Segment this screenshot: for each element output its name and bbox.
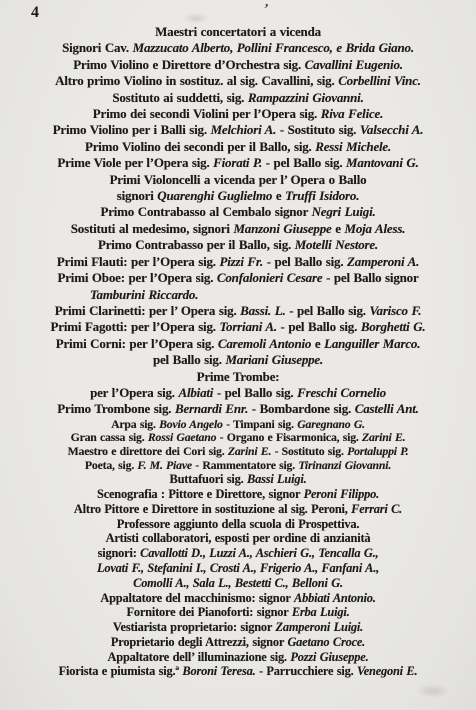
person-name: Tamburini Riccardo. xyxy=(90,287,198,302)
person-name: Melchiori A. xyxy=(211,122,277,137)
label-text: Scenografia : Pittore e Direttore, signo… xyxy=(97,487,304,501)
person-name: Valsecchi A. xyxy=(360,122,423,137)
line-appaltatore-illuminazione: Appaltatore dell’ illuminazione sig. Poz… xyxy=(18,650,458,665)
line-primo-violino-direttore: Primo Violino e Direttore d’Orchestra si… xyxy=(18,57,458,73)
person-name: Mantovani G. xyxy=(346,155,419,170)
person-name: Confalonieri Cesare xyxy=(217,270,323,285)
person-name: F. M. Piave xyxy=(137,458,192,472)
line-primo-contrabasso-cembalo: Primo Contrabasso al Cembalo signor Negr… xyxy=(18,204,458,220)
line-poeta-rammentatore: Poeta, sig. F. M. Piave - Rammentatore s… xyxy=(18,459,458,473)
person-name: Quarenghi Guglielmo xyxy=(157,188,272,203)
line-prime-viole: Prime Viole per l’Opera sig. Fiorati P. … xyxy=(18,155,458,171)
person-name: Bassi. L. xyxy=(240,303,285,318)
paper-smudge-top xyxy=(182,13,210,24)
person-name: Lovati F., Stefanini I., Crosti A., Frig… xyxy=(97,561,379,575)
line-primi-oboe: Primi Oboe: per l’Opera sig. Confalonier… xyxy=(18,270,458,286)
person-name: Rossi Gaetano xyxy=(148,430,216,444)
line-altro-pittore: Altro Pittore e Direttore in sostituzion… xyxy=(18,502,458,517)
label-text: Arpa sig. xyxy=(111,417,159,431)
line-appaltatore-macchinismo: Appaltatore del macchinismo: signor Abbi… xyxy=(18,591,458,606)
person-name: Zarini E. xyxy=(362,430,405,444)
label-text: Sostituti al medesimo, signori xyxy=(71,221,234,236)
label-text: - pel Ballo sig. xyxy=(263,254,347,269)
label-text: - pel Ballo signor xyxy=(322,270,418,285)
label-text: signori xyxy=(117,188,158,203)
label-text: - pel Ballo sig. xyxy=(262,155,346,170)
label-text: - pel Ballo sig. xyxy=(277,319,361,334)
person-name: Mazzucato Alberto, Pollini Francesco, e … xyxy=(133,40,414,55)
line-fiorista-parrucchiere: Fiorista e piumista sig.ª Boroni Teresa.… xyxy=(18,664,458,679)
person-name: Zamperoni Luigi. xyxy=(275,620,363,634)
person-name: Tirinanzi Giovanni. xyxy=(298,458,391,472)
person-name: Truffi Isidoro. xyxy=(285,188,359,203)
line-proprietario-attrezzi: Proprietario degli Attrezzi, signor Gaet… xyxy=(18,635,458,650)
person-name: Peroni Filippo. xyxy=(304,487,379,501)
person-name: Bovio Angelo xyxy=(159,417,223,431)
line-fornitore-pianoforti: Fornitore dei Pianoforti: signor Erba Lu… xyxy=(18,605,458,620)
label-text: Altro Pittore e Direttore in sostituzion… xyxy=(74,502,351,516)
person-name: Zamperoni A. xyxy=(347,254,419,269)
label-text: Primi Corni: per l’Opera sig. xyxy=(56,336,218,351)
label-text: - Timpani sig. xyxy=(223,417,298,431)
label-text: - Sostituto sig. xyxy=(271,444,347,458)
person-name: Corbellini Vinc. xyxy=(338,73,421,88)
line-collaboratori-2: Lovati F., Stefanini I., Crosti A., Frig… xyxy=(18,561,458,576)
line-primi-violoncelli: Primi Violoncelli a vicenda per l’ Opera… xyxy=(18,172,458,188)
line-primi-flauti: Primi Flauti: per l’Opera sig. Pizzi Fr.… xyxy=(18,254,458,270)
person-name: Moja Aless. xyxy=(344,221,405,236)
line-corni-ballo: pel Ballo sig. Mariani Giuseppe. xyxy=(18,352,458,368)
line-maestro-cori: Maestro e direttore dei Cori sig. Zarini… xyxy=(18,445,458,459)
label-text: Gran cassa sig. xyxy=(71,430,148,444)
label-text: Appaltatore dell’ illuminazione sig. xyxy=(108,650,291,664)
label-text: - Parrucchiere sig. xyxy=(255,664,357,678)
label-text: per l’Opera sig. xyxy=(90,385,178,400)
person-name: Albiati xyxy=(179,385,214,400)
person-name: Caremoli Antonio xyxy=(218,336,311,351)
line-primo-trombone: Primo Trombone sig. Bernardi Enr. - Bomb… xyxy=(18,401,458,417)
label-text: Prime Viole per l’Opera sig. xyxy=(57,155,213,170)
label-text: Fornitore dei Pianoforti: signor xyxy=(127,605,292,619)
line-artisti-collaboratori: Artisti collaboratori, esposti per ordin… xyxy=(18,531,458,546)
label-text: Fiorista e piumista sig.ª xyxy=(59,664,183,678)
label-text: Signori Cav. xyxy=(62,40,132,55)
label-text: Altro primo Violino in sostituz. al sig.… xyxy=(55,73,338,88)
label-text: Prime Trombe: xyxy=(197,369,280,384)
line-sostituto-suddetti: Sostituto ai suddetti, sig. Rampazzini G… xyxy=(18,90,458,106)
label-text: Primo Trombone sig. xyxy=(57,401,175,416)
person-name: Erba Luigi. xyxy=(292,605,350,619)
label-text: Primi Oboe: per l’Opera sig. xyxy=(57,270,216,285)
person-name: Zarini E. xyxy=(228,444,271,458)
label-text: e xyxy=(272,188,285,203)
label-text: Sostituto ai suddetti, sig. xyxy=(112,90,248,105)
line-altro-primo-violino: Altro primo Violino in sostituz. al sig.… xyxy=(18,73,458,89)
line-professore-prospettiva: Professore aggiunto della scuola di Pros… xyxy=(18,517,458,532)
label-text: Vestiarista proprietario: signor xyxy=(113,620,276,634)
person-name: Ressi Michele. xyxy=(315,139,391,154)
line-vestiarista: Vestiarista proprietario: signor Zampero… xyxy=(18,620,458,635)
line-tamburini: Tamburini Riccardo. xyxy=(18,287,458,303)
line-primi-clarinetti: Primi Clarinetti: per l’ Opera sig. Bass… xyxy=(18,303,458,319)
heading-prime-trombe: Prime Trombe: xyxy=(18,369,458,385)
label-text: - pel Ballo sig. xyxy=(213,385,297,400)
label-text: Primi Clarinetti: per l’ Opera sig. xyxy=(55,303,240,318)
person-name: Bassi Luigi. xyxy=(247,472,306,486)
person-name: Varisco F. xyxy=(369,303,421,318)
line-collaboratori-1: signori: Cavallotti D., Luzzi A., Aschie… xyxy=(18,546,458,561)
person-name: Garegnano G. xyxy=(297,417,365,431)
label-text: Professore aggiunto della scuola di Pros… xyxy=(117,517,360,531)
line-maestri-names: Signori Cav. Mazzucato Alberto, Pollini … xyxy=(18,40,458,56)
paper-smudge-bottom xyxy=(416,684,450,698)
label-text: Primi Violoncelli a vicenda per l’ Opera… xyxy=(110,172,367,187)
label-text: - Organo e Fisarmonica, sig. xyxy=(216,430,362,444)
label-text: Proprietario degli Attrezzi, signor xyxy=(111,635,288,649)
label-text: Poeta, sig. xyxy=(85,458,138,472)
label-text: Primi Fagotti: per l’Opera sig. xyxy=(51,319,220,334)
label-text: Maestri concertatori a vicenda xyxy=(155,24,321,39)
person-name: Abbiati Antonio. xyxy=(294,591,376,605)
heading-maestri-concertatori: Maestri concertatori a vicenda xyxy=(18,24,458,40)
person-name: Ferrari C. xyxy=(351,502,402,516)
person-name: Languiller Marco. xyxy=(324,336,420,351)
person-name: Castelli Ant. xyxy=(355,401,419,416)
line-arpa-timpani: Arpa sig. Bovio Angelo - Timpani sig. Ga… xyxy=(18,418,458,432)
line-sostituti-medesimo: Sostituti al medesimo, signori Manzoni G… xyxy=(18,221,458,237)
label-text: Primo Violino e Direttore d’Orchestra si… xyxy=(73,57,304,72)
person-name: Bernardi Enr. xyxy=(175,401,248,416)
label-text: Maestro e direttore dei Cori sig. xyxy=(68,444,228,458)
person-name: Pozzi Giuseppe. xyxy=(290,650,368,664)
person-name: Mariani Giuseppe. xyxy=(225,352,323,367)
text-block: Maestri concertatori a vicendaSignori Ca… xyxy=(18,24,458,679)
person-name: Fiorati P. xyxy=(213,155,262,170)
label-text: - Bombardone sig. xyxy=(248,401,355,416)
line-primo-secondi-violini-opera: Primo dei secondi Violini per l’Opera si… xyxy=(18,106,458,122)
person-name: Boroni Teresa. xyxy=(182,664,255,678)
label-text: e xyxy=(332,221,345,236)
person-name: Comolli A., Sala L., Bestetti C., Bellon… xyxy=(133,576,343,590)
scanned-page: 4 ’ Maestri concertatori a vicendaSignor… xyxy=(0,0,476,710)
label-text: - Rammentatore sig. xyxy=(192,458,298,472)
person-name: Pizzi Fr. xyxy=(220,254,264,269)
line-primo-contrabasso-ballo: Primo Contrabasso per il Ballo, sig. Mot… xyxy=(18,237,458,253)
person-name: Portaluppi P. xyxy=(347,444,408,458)
line-buttafuori: Buttafuori sig. Bassi Luigi. xyxy=(18,472,458,487)
line-violoncelli-names: signori Quarenghi Guglielmo e Truffi Isi… xyxy=(18,188,458,204)
person-name: Cavallotti D., Luzzi A., Aschieri G., Te… xyxy=(140,546,378,560)
label-text: e xyxy=(311,336,324,351)
person-name: Negri Luigi. xyxy=(312,204,376,219)
line-primi-fagotti: Primi Fagotti: per l’Opera sig. Torriani… xyxy=(18,319,458,335)
label-text: pel Ballo sig. xyxy=(153,352,225,367)
person-name: Torriani A. xyxy=(219,319,276,334)
label-text: Appaltatore del macchinismo: signor xyxy=(100,591,294,605)
label-text: Primo dei secondi Violini per l’Opera si… xyxy=(93,106,321,121)
person-name: Riva Felice. xyxy=(321,106,383,121)
line-primi-corni: Primi Corni: per l’Opera sig. Caremoli A… xyxy=(18,336,458,352)
person-name: Borghetti G. xyxy=(361,319,426,334)
line-scenografia: Scenografia : Pittore e Direttore, signo… xyxy=(18,487,458,502)
label-text: - pel Ballo sig. xyxy=(286,303,370,318)
line-primo-violino-secondi-ballo: Primo Violino dei secondi per il Ballo, … xyxy=(18,139,458,155)
person-name: Manzoni Giuseppe xyxy=(233,221,331,236)
person-name: Motelli Nestore. xyxy=(295,237,378,252)
person-name: Gaetano Croce. xyxy=(287,635,365,649)
line-gran-cassa-organo: Gran cassa sig. Rossi Gaetano - Organo e… xyxy=(18,431,458,445)
label-text: Buttafuori sig. xyxy=(170,472,248,486)
label-text: Artisti collaboratori, esposti per ordin… xyxy=(106,531,371,545)
page-number: 4 xyxy=(31,4,40,22)
person-name: Cavallini Eugenio. xyxy=(305,57,403,72)
line-collaboratori-3: Comolli A., Sala L., Bestetti C., Bellon… xyxy=(18,576,458,591)
label-text: Primo Contrabasso al Cembalo signor xyxy=(100,204,311,219)
ink-speck: ’ xyxy=(261,2,269,19)
person-name: Venegoni E. xyxy=(357,664,417,678)
line-trombe-opera-ballo: per l’Opera sig. Albiati - pel Ballo sig… xyxy=(18,385,458,401)
label-text: Primo Violino dei secondi per il Ballo, … xyxy=(85,139,315,154)
label-text: Primo Contrabasso per il Ballo, sig. xyxy=(98,237,295,252)
label-text: signori: xyxy=(98,546,141,560)
line-primo-violino-balli: Primo Violino per i Balli sig. Melchiori… xyxy=(18,122,458,138)
person-name: Rampazzini Giovanni. xyxy=(248,90,364,105)
label-text: Primo Violino per i Balli sig. xyxy=(53,122,211,137)
label-text: - Sostituto sig. xyxy=(276,122,360,137)
person-name: Freschi Cornelio xyxy=(297,385,386,400)
label-text: Primi Flauti: per l’Opera sig. xyxy=(57,254,220,269)
